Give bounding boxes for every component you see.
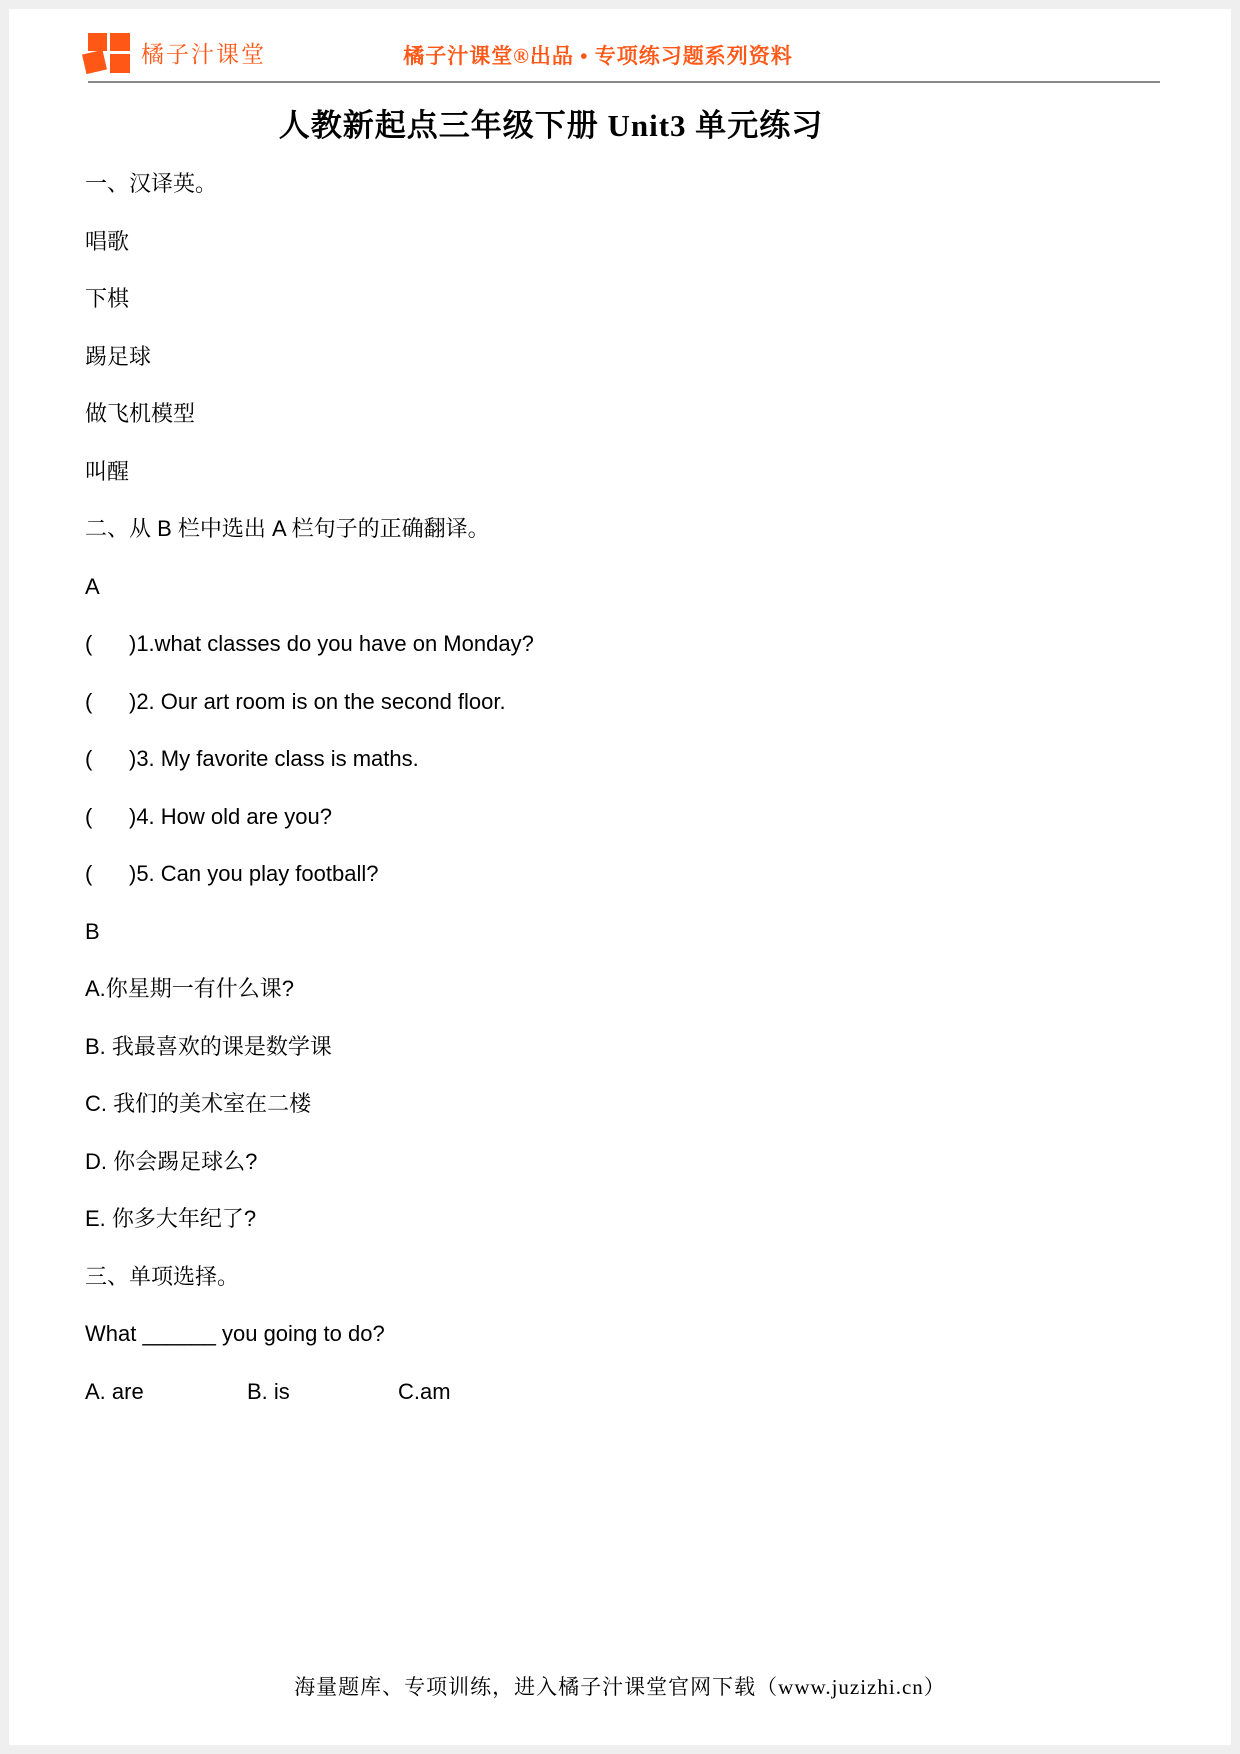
header-divider (88, 81, 1160, 83)
vocab-item-2: 下棋 (85, 286, 1180, 313)
column-b-label: B (85, 919, 1180, 946)
match-question-3: ( )3. My favorite class is maths. (85, 746, 1180, 773)
worksheet-page: 橘子汁课堂 橘子汁课堂®出品 • 专项练习题系列资料 人教新起点三年级下册 Un… (0, 0, 1240, 1754)
page-footer: 海量题库、专项训练，进入橘子汁课堂官网下载（www.juzizhi.cn） (0, 1671, 1240, 1701)
logo-square-top-right (110, 33, 130, 51)
choice-question: What ______ you going to do? (85, 1321, 1180, 1348)
match-question-4: ( )4. How old are you? (85, 804, 1180, 831)
match-question-1: ( )1.what classes do you have on Monday? (85, 631, 1180, 658)
match-answer-c: C. 我们的美术室在二楼 (85, 1091, 1180, 1118)
vocab-item-1: 唱歌 (85, 229, 1180, 256)
section2-heading: 二、从 B 栏中选出 A 栏句子的正确翻译。 (85, 516, 1180, 543)
brand-logo-icon (84, 30, 132, 75)
match-answer-e: E. 你多大年纪了? (85, 1206, 1180, 1233)
document-title: 人教新起点三年级下册 Unit3 单元练习 (0, 100, 1102, 145)
header-tagline: 橘子汁课堂®出品 • 专项练习题系列资料 (403, 40, 793, 70)
logo-square-bottom-left (82, 50, 107, 74)
column-a-label: A (85, 574, 1180, 601)
match-answer-a: A.你星期一有什么课? (85, 976, 1180, 1003)
brand: 橘子汁课堂 (84, 30, 266, 75)
match-question-2: ( )2. Our art room is on the second floo… (85, 689, 1180, 716)
vocab-item-5: 叫醒 (85, 459, 1180, 486)
option-c: C.am (398, 1379, 451, 1406)
vocab-item-3: 踢足球 (85, 344, 1180, 371)
document-body: 一、汉译英。 唱歌 下棋 踢足球 做飞机模型 叫醒 二、从 B 栏中选出 A 栏… (85, 171, 1180, 1436)
section1-heading: 一、汉译英。 (85, 171, 1180, 198)
match-answer-d: D. 你会踢足球么? (85, 1149, 1180, 1176)
match-question-5: ( )5. Can you play football? (85, 861, 1180, 888)
section3-heading: 三、单项选择。 (85, 1264, 1180, 1291)
brand-logo-text: 橘子汁课堂 (141, 36, 266, 69)
match-answer-b: B. 我最喜欢的课是数学课 (85, 1034, 1180, 1061)
option-a: A. are (85, 1379, 247, 1406)
choice-options: A. areB. isC.am (85, 1379, 1180, 1406)
logo-square-top-left (88, 33, 107, 51)
vocab-item-4: 做飞机模型 (85, 401, 1180, 428)
option-b: B. is (247, 1379, 398, 1406)
logo-square-bottom-right (110, 54, 130, 73)
